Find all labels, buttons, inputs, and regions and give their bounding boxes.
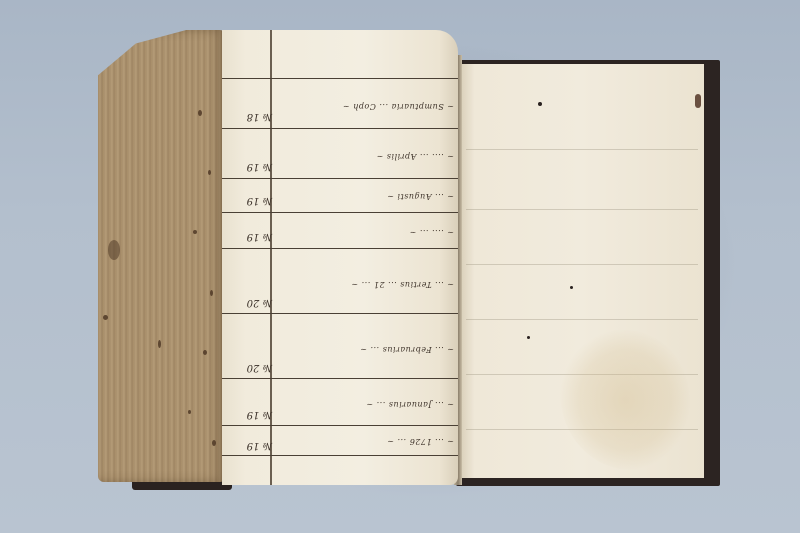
- register-entry: № 20 ~ ... Tertius ... 21 ... ~: [222, 250, 458, 312]
- register-entry: № 19 ~ ... Augusti ~: [222, 180, 458, 210]
- text-block-fore-edge: [98, 30, 224, 482]
- register-entry: № 19 ~ ... Januarius ... ~: [222, 380, 458, 424]
- register-entry: № 19 ~ ... 1726 ... ~: [222, 427, 458, 455]
- register-entry: № 19 ~ .... ... ~: [222, 214, 458, 246]
- register-entry: № 20 ~ ... Februarius ... ~: [222, 315, 458, 377]
- register-entry: № 18 ~ Sumptuaria ... Coph ~: [222, 80, 458, 126]
- left-page: № 18 ~ Sumptuaria ... Coph ~ № 19 ~ ....…: [222, 30, 458, 485]
- register-entry: № 19 ~ .... ... Aprilis ~: [222, 130, 458, 176]
